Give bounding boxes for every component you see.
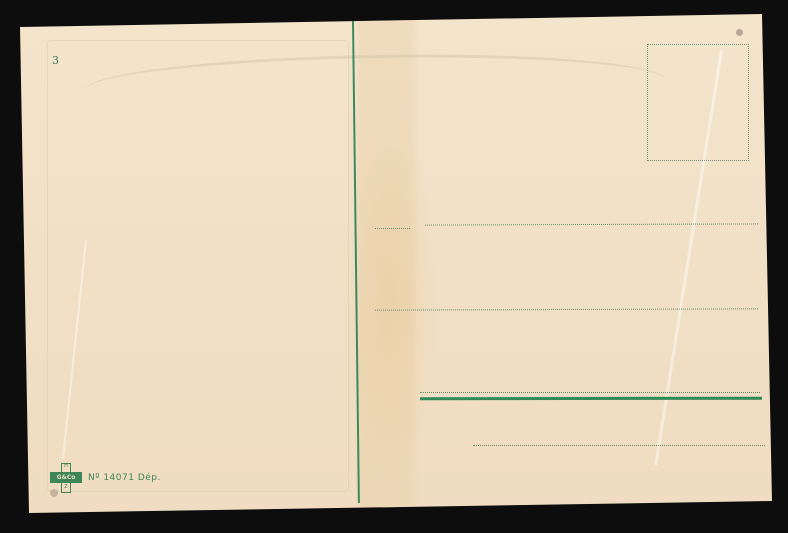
corner-spot [736, 29, 743, 36]
address-line-1 [425, 223, 758, 225]
address-underline [420, 397, 762, 401]
stain-spot [50, 489, 58, 497]
address-line-2 [375, 308, 758, 310]
publisher-imprint: H G&Co Z Nº 14071 Dép. [50, 463, 161, 493]
stamp-box [647, 44, 749, 161]
address-line-4 [473, 445, 765, 446]
imprint-number: Nº 14071 Dép. [88, 473, 161, 483]
address-line-3 [420, 392, 760, 393]
postcard-back: 3 H G&Co Z Nº 14071 Dép. [0, 0, 788, 533]
page-number: 3 [52, 54, 59, 67]
message-area-frame [47, 40, 349, 492]
address-line-1a [375, 228, 410, 229]
